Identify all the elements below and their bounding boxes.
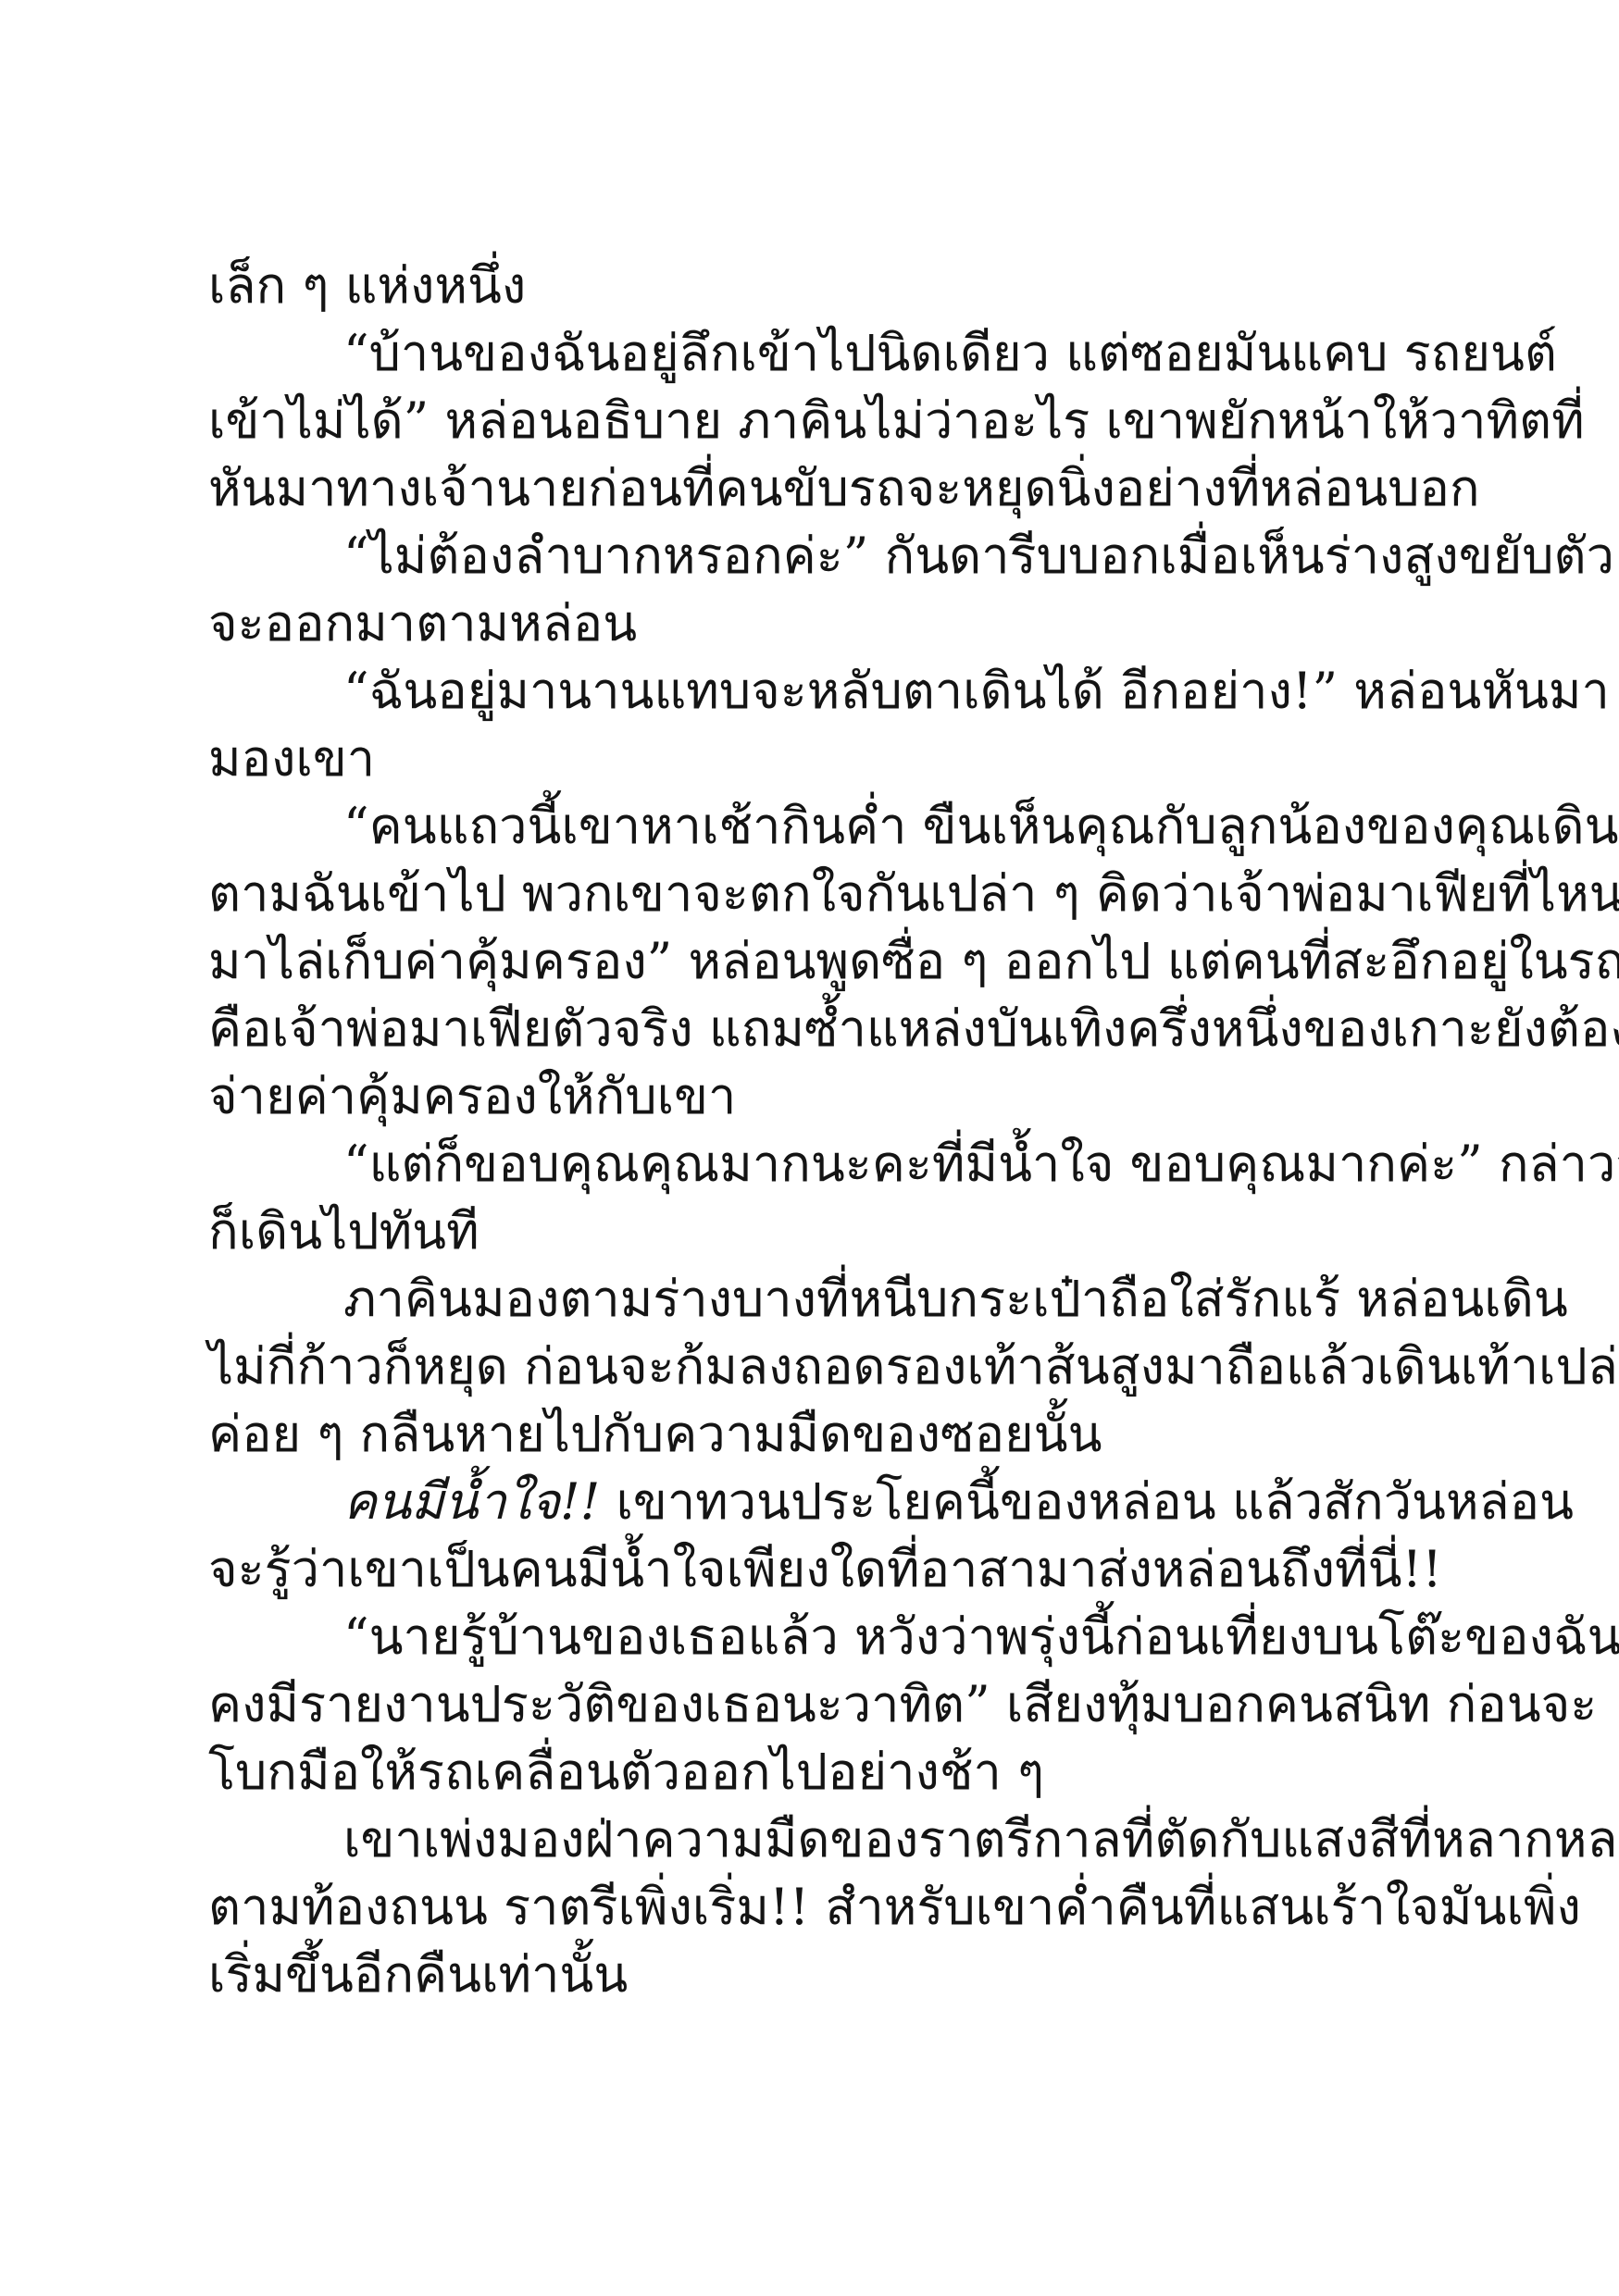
italic-text-segment: คนมีน้ำใจ!! (343, 1472, 600, 1531)
text-segment: ไม่กี่ก้าวก็หยุด ก่อนจะก้มลงถอดรองเท้าส้… (208, 1337, 1619, 1396)
text-segment: “นายรู้บ้านของเธอแล้ว หวังว่าพรุ่งนี้ก่อ… (343, 1607, 1619, 1666)
text-segment: จะออกมาตามหล่อน (208, 594, 637, 652)
text-line: ค่อย ๆ กลืนหายไปกับความมืดของซอยนั้น (208, 1400, 1347, 1468)
text-segment: มองเขา (208, 729, 375, 788)
text-line: ตามฉันเข้าไป พวกเขาจะตกใจกันเปล่า ๆ คิดว… (208, 860, 1347, 927)
text-line: “แต่ก็ขอบคุณคุณมากนะคะที่มีน้ำใจ ขอบคุณม… (208, 1130, 1347, 1198)
text-line: ก็เดินไปทันที (208, 1198, 1347, 1265)
text-segment: ภาคินมองตามร่างบางที่หนีบกระเป๋าถือใส่รั… (343, 1270, 1568, 1328)
text-segment: “ไม่ต้องลำบากหรอกค่ะ” กันดารีบบอกเมื่อเห… (343, 527, 1614, 585)
text-line: ตามท้องถนน ราตรีเพิ่งเริ่ม!! สำหรับเขาค่… (208, 1873, 1347, 1941)
text-line: ไม่กี่ก้าวก็หยุด ก่อนจะก้มลงถอดรองเท้าส้… (208, 1333, 1347, 1400)
text-line: จ่ายค่าคุ้มครองให้กับเขา (208, 1062, 1347, 1130)
text-line: เริ่มขึ้นอีกคืนเท่านั้น (208, 1941, 1347, 2008)
text-segment: ก็เดินไปทันที (208, 1202, 479, 1260)
body-text: เล็ก ๆ แห่งหนึ่ง“บ้านของฉันอยู่ลึกเข้าไป… (208, 252, 1347, 2008)
text-line: คือเจ้าพ่อมาเฟียตัวจริง แถมซ้ำแหล่งบันเท… (208, 995, 1347, 1062)
text-segment: “แต่ก็ขอบคุณคุณมากนะคะที่มีน้ำใจ ขอบคุณม… (343, 1135, 1619, 1193)
text-segment: ตามท้องถนน ราตรีเพิ่งเริ่ม!! สำหรับเขาค่… (208, 1878, 1581, 1936)
text-segment: ค่อย ๆ กลืนหายไปกับความมืดของซอยนั้น (208, 1405, 1102, 1463)
text-line: จะออกมาตามหล่อน (208, 590, 1347, 657)
text-line: เข้าไม่ได้” หล่อนอธิบาย ภาคินไม่ว่าอะไร … (208, 387, 1347, 454)
text-segment: ตามฉันเข้าไป พวกเขาจะตกใจกันเปล่า ๆ คิดว… (208, 864, 1619, 923)
text-segment: “บ้านของฉันอยู่ลึกเข้าไปนิดเดียว แต่ซอยม… (343, 324, 1557, 382)
text-line: เล็ก ๆ แห่งหนึ่ง (208, 252, 1347, 319)
text-segment: “คนแถวนี้เขาหาเช้ากินค่ำ ขืนเห็นคุณกับลู… (343, 797, 1619, 855)
text-segment: หันมาทางเจ้านายก่อนที่คนขับรถจะหยุดนิ่งอ… (208, 459, 1480, 517)
text-line: “บ้านของฉันอยู่ลึกเข้าไปนิดเดียว แต่ซอยม… (208, 319, 1347, 387)
text-segment: เขาทวนประโยคนี้ของหล่อน แล้วสักวันหล่อน (600, 1472, 1574, 1531)
text-segment: เล็ก ๆ แห่งหนึ่ง (208, 256, 526, 315)
text-line: จะรู้ว่าเขาเป็นคนมีน้ำใจเพียงใดที่อาสามา… (208, 1535, 1347, 1603)
text-line: “นายรู้บ้านของเธอแล้ว หวังว่าพรุ่งนี้ก่อ… (208, 1603, 1347, 1670)
text-segment: คงมีรายงานประวัติของเธอนะวาทิต” เสียงทุ้… (208, 1675, 1597, 1733)
text-line: โบกมือให้รถเคลื่อนตัวออกไปอย่างช้า ๆ (208, 1738, 1347, 1806)
text-line: คนมีน้ำใจ!! เขาทวนประโยคนี้ของหล่อน แล้ว… (208, 1468, 1347, 1535)
text-segment: เขาเพ่งมองฝ่าความมืดของราตรีกาลที่ตัดกับ… (343, 1810, 1619, 1868)
text-segment: “ฉันอยู่มานานแทบจะหลับตาเดินได้ อีกอย่าง… (343, 662, 1610, 720)
text-line: “คนแถวนี้เขาหาเช้ากินค่ำ ขืนเห็นคุณกับลู… (208, 792, 1347, 860)
text-line: “ไม่ต้องลำบากหรอกค่ะ” กันดารีบบอกเมื่อเห… (208, 522, 1347, 590)
text-segment: จ่ายค่าคุ้มครองให้กับเขา (208, 1067, 736, 1125)
text-line: มองเขา (208, 725, 1347, 792)
text-segment: เริ่มขึ้นอีกคืนเท่านั้น (208, 1945, 628, 2004)
text-line: เขาเพ่งมองฝ่าความมืดของราตรีกาลที่ตัดกับ… (208, 1806, 1347, 1873)
text-line: คงมีรายงานประวัติของเธอนะวาทิต” เสียงทุ้… (208, 1670, 1347, 1738)
text-segment: เข้าไม่ได้” หล่อนอธิบาย ภาคินไม่ว่าอะไร … (208, 391, 1585, 450)
text-segment: มาไล่เก็บค่าคุ้มครอง” หล่อนพูดซื่อ ๆ ออก… (208, 932, 1619, 990)
text-line: “ฉันอยู่มานานแทบจะหลับตาเดินได้ อีกอย่าง… (208, 657, 1347, 725)
text-segment: โบกมือให้รถเคลื่อนตัวออกไปอย่างช้า ๆ (208, 1743, 1044, 1801)
text-line: ภาคินมองตามร่างบางที่หนีบกระเป๋าถือใส่รั… (208, 1265, 1347, 1333)
text-line: หันมาทางเจ้านายก่อนที่คนขับรถจะหยุดนิ่งอ… (208, 454, 1347, 522)
text-segment: คือเจ้าพ่อมาเฟียตัวจริง แถมซ้ำแหล่งบันเท… (208, 999, 1619, 1058)
document-page: เล็ก ๆ แห่งหนึ่ง“บ้านของฉันอยู่ลึกเข้าไป… (0, 0, 1619, 2296)
text-segment: จะรู้ว่าเขาเป็นคนมีน้ำใจเพียงใดที่อาสามา… (208, 1540, 1442, 1598)
text-line: มาไล่เก็บค่าคุ้มครอง” หล่อนพูดซื่อ ๆ ออก… (208, 927, 1347, 995)
